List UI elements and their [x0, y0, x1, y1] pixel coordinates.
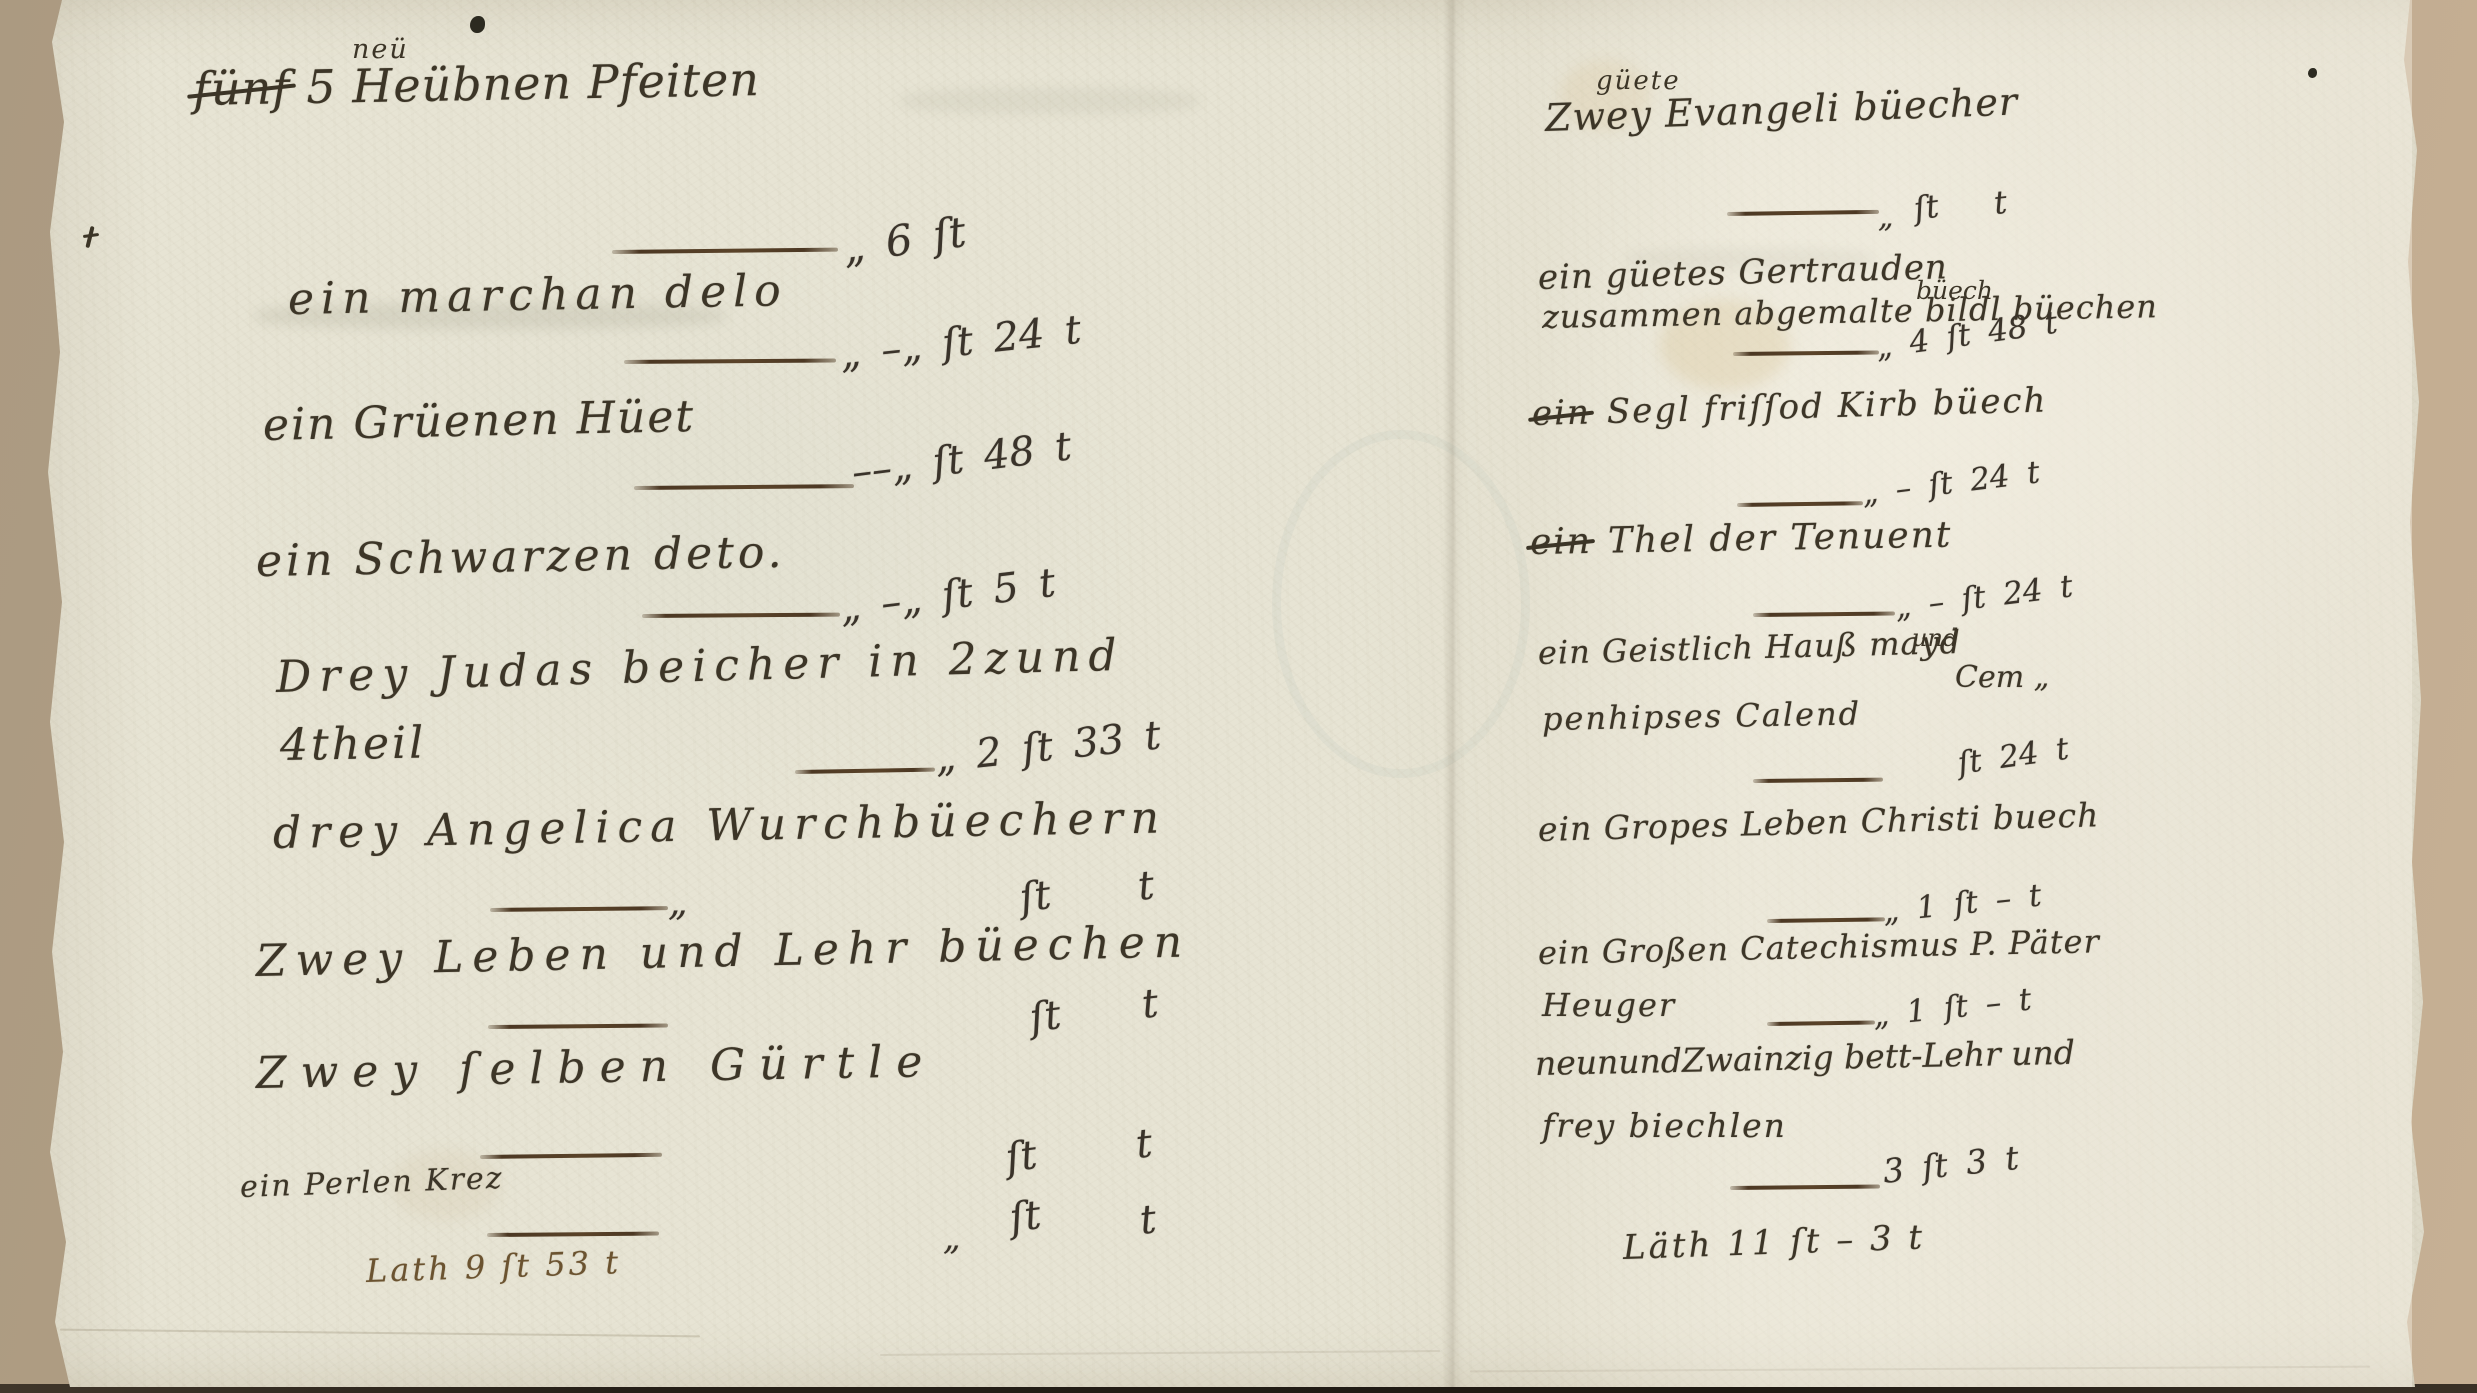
- entry-struck-word: ein: [1530, 521, 1593, 563]
- amount-st-column: ſt: [1007, 1192, 1044, 1242]
- entry-text-line2: Heuger: [1542, 986, 1676, 1024]
- entry-tail: Cem „: [1955, 660, 2049, 695]
- entry-text: ein marchan delo: [288, 265, 789, 325]
- amount-quote: „: [668, 880, 688, 924]
- entry-struck-word: ein: [1531, 392, 1591, 434]
- entry-text: ein Grüenen Hüet: [262, 391, 695, 451]
- ink-dot: [2308, 68, 2317, 78]
- paper-watermark: [1272, 430, 1530, 778]
- entry-superscript: und: [1912, 624, 1958, 652]
- entry-text-line2: penhipses Calend: [1542, 694, 1862, 738]
- entry-text-line2: 4theil: [280, 717, 427, 771]
- amount-quote: „: [1878, 200, 1894, 235]
- left-heading-text: 5 Heübnen Pfeiten: [306, 52, 761, 114]
- entry-text-line2: frey biechlen: [1542, 1106, 1787, 1145]
- center-fold: [1443, 0, 1465, 1387]
- entry-text: einThel der Tenuent: [1530, 515, 1953, 563]
- left-heading-struck-word: fünf: [193, 60, 291, 116]
- left-heading: fünf5 Heübnen Pfeiten: [193, 52, 761, 116]
- amount-st-column: ſt: [1003, 1132, 1040, 1182]
- amount-quote: „: [943, 1218, 961, 1258]
- entry-text-main: Thel der Tenuent: [1608, 515, 1953, 562]
- ink-dot: [470, 16, 485, 33]
- ink-bleedthrough: [900, 88, 1200, 114]
- manuscript-scan: neü fünf5 Heübnen Pfeiten „ 6 ſt ein mar…: [0, 0, 2477, 1393]
- amount-st-column: ſt: [1017, 872, 1054, 922]
- entry-text: ein Schwarzen deto.: [256, 527, 786, 587]
- amount-st-column: ſt: [1027, 992, 1064, 1042]
- amount-st-column: ſt: [1911, 187, 1941, 228]
